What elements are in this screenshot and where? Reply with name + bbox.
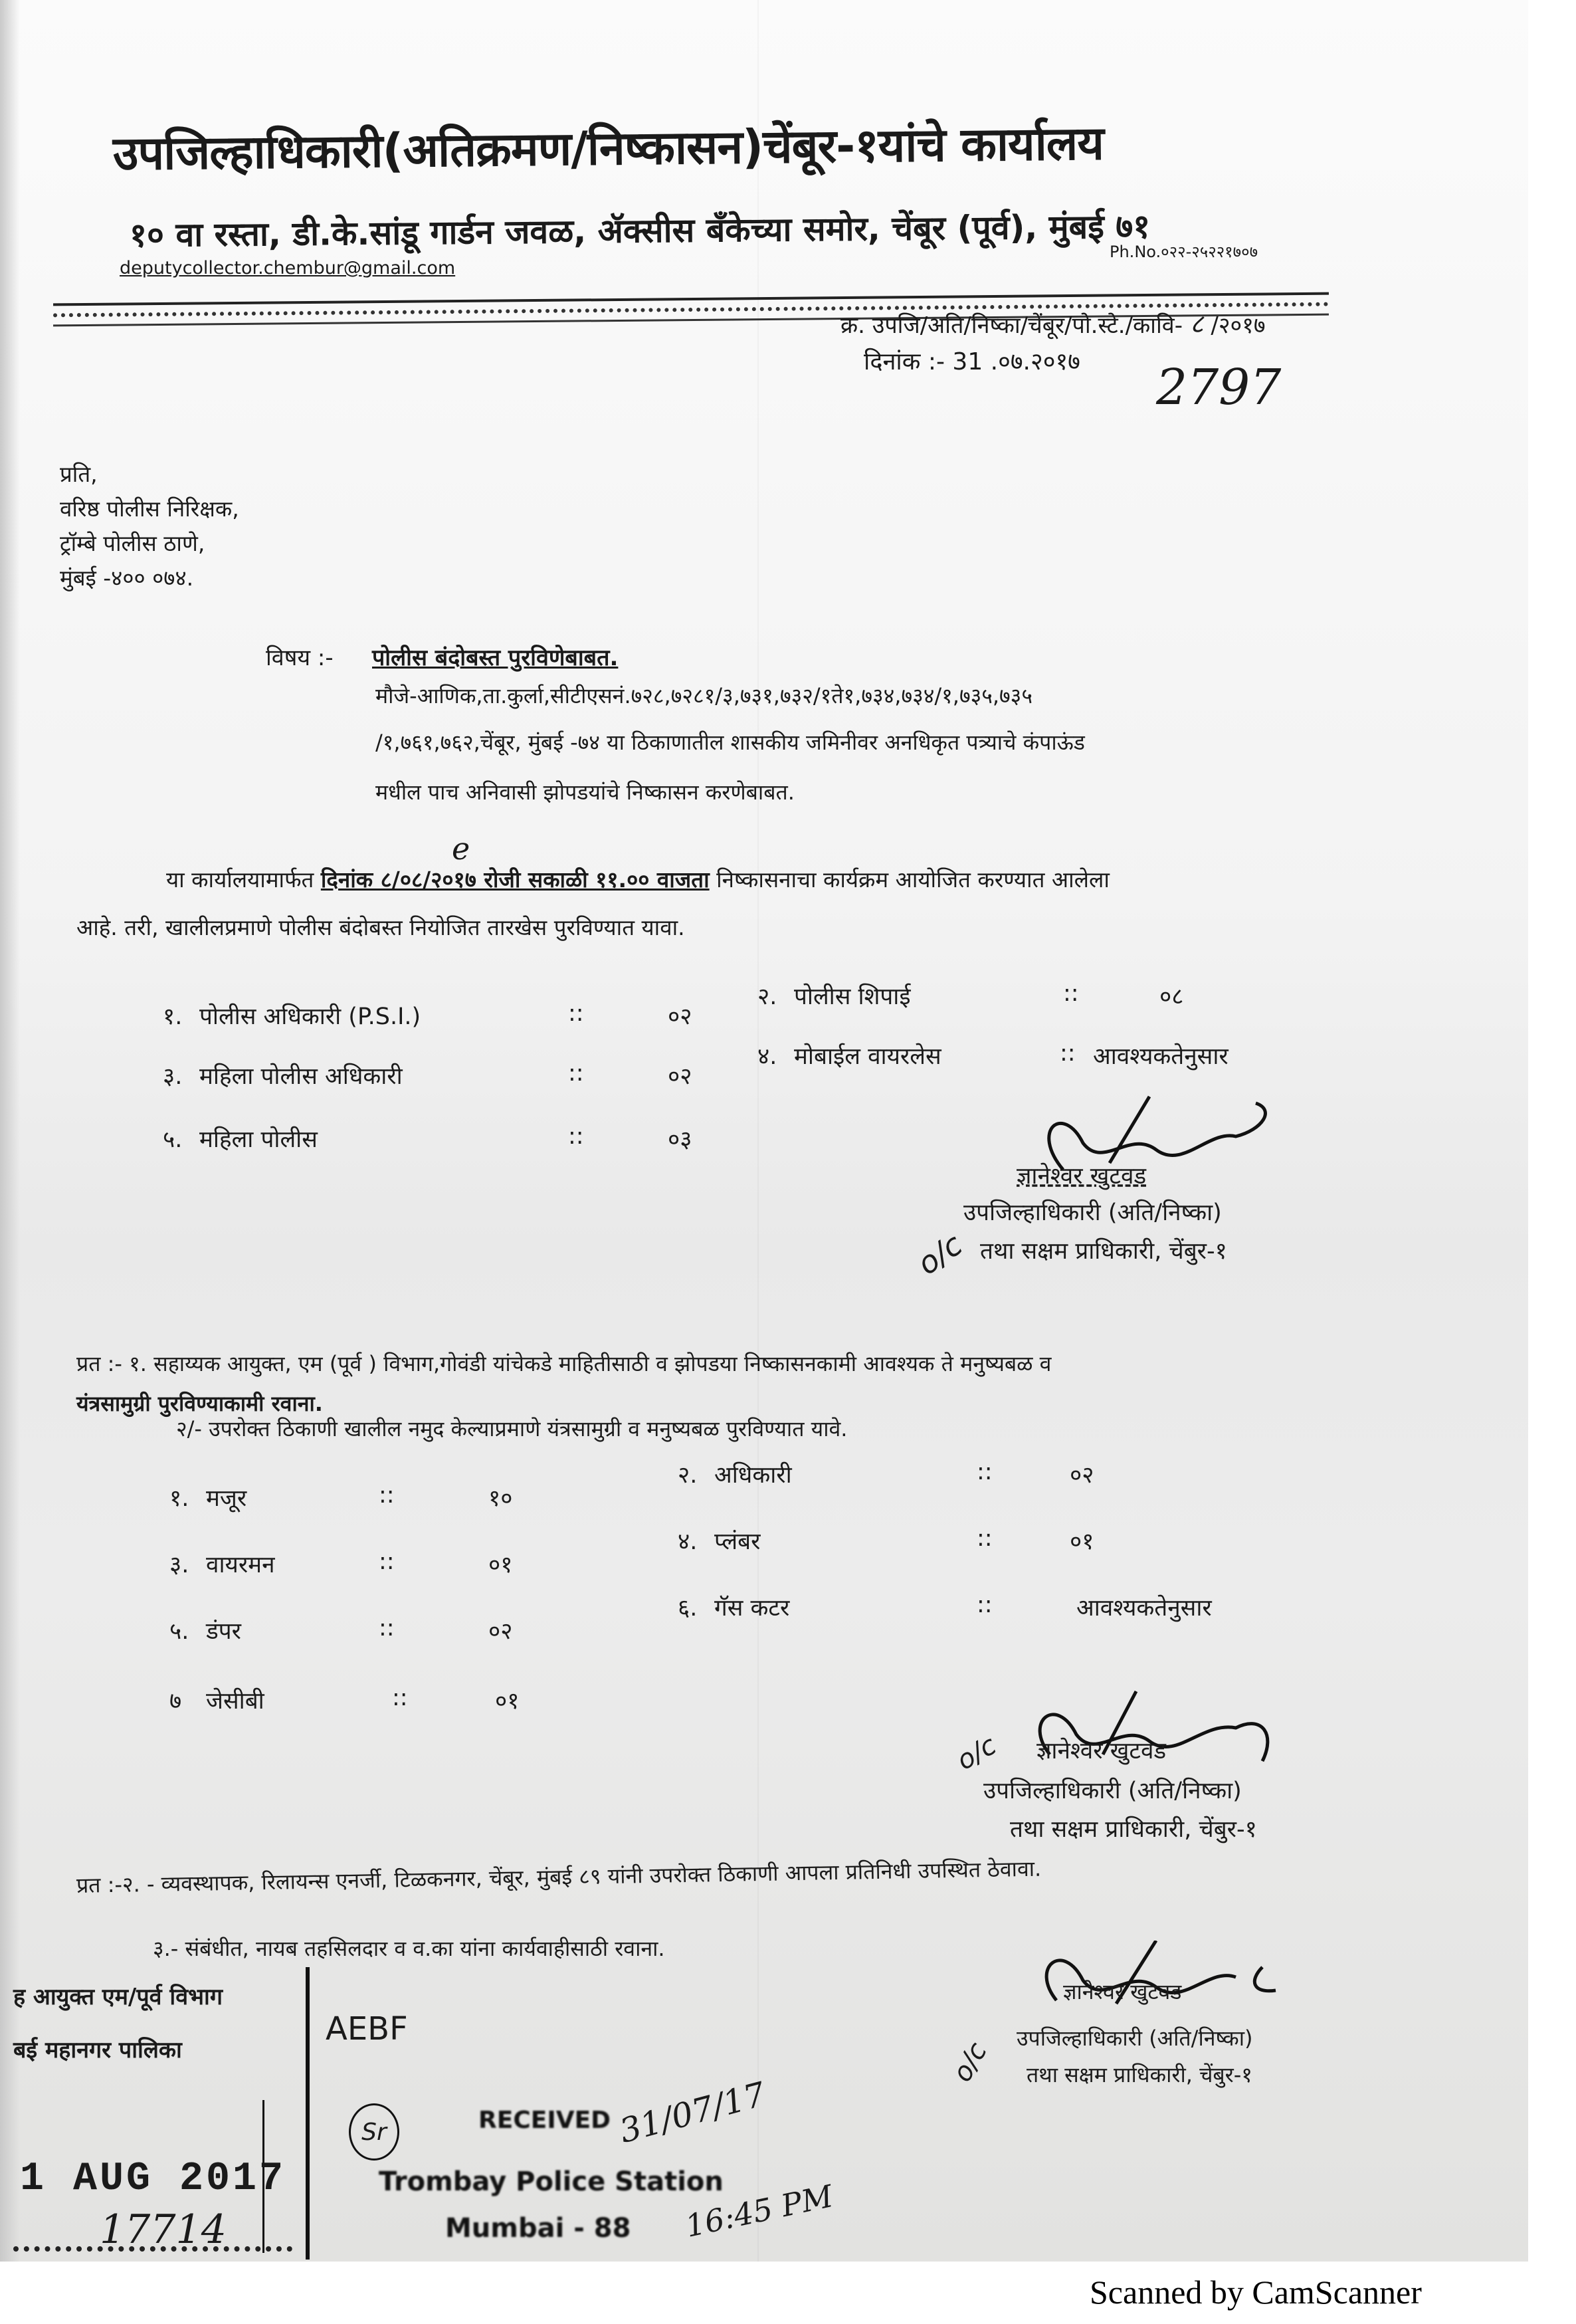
requirement-separator: :: xyxy=(379,1548,395,1575)
reference-number: क्र. उपजि/अति/निष्का/चेंबूर/पो.स्टे./काव… xyxy=(840,304,1266,341)
requirement-quantity: ०२ xyxy=(1070,1459,1094,1490)
received-stamp-line: Mumbai - 88 xyxy=(445,2213,631,2244)
handwritten-initials: AEBF xyxy=(326,2010,408,2048)
office-email: deputycollector.chembur@gmail.com xyxy=(120,258,455,278)
office-phone: Ph.No.०२२-२५२२१७०७ xyxy=(1110,241,1258,263)
requirement-number: ३. xyxy=(169,1548,189,1580)
requirement-number: ७ xyxy=(169,1685,181,1716)
body-text: या कार्यालयामार्फत xyxy=(166,867,314,893)
subject-line: /१,७६१,७६२,चेंबूर, मुंबई -७४ या ठिकाणाती… xyxy=(375,728,1085,756)
requirement-item: महिला पोलीस xyxy=(199,1123,318,1154)
requirement-number: ४. xyxy=(678,1525,697,1556)
office-address: १० वा रस्ता, डी.के.सांडू गार्डन जवळ, ॲक्… xyxy=(130,203,1151,257)
received-date-handwritten: 31/07/17 xyxy=(615,2075,769,2151)
requirement-item: अधिकारी xyxy=(714,1459,792,1490)
requirement-separator: :: xyxy=(379,1615,395,1641)
received-stamp-line: RECEIVED xyxy=(478,2107,611,2134)
requirement-number: ६. xyxy=(678,1592,697,1623)
stamp-inward-number: 17714 xyxy=(100,2206,227,2253)
stamp-date: 1 AUG 2017 xyxy=(20,2157,286,2202)
requirement-number: ५. xyxy=(163,1123,182,1154)
oc-mark: o/c xyxy=(947,2038,993,2087)
copy-line: २/- उपरोक्त ठिकाणी खालील नमुद केल्याप्रम… xyxy=(176,1414,847,1443)
oc-mark: o/c xyxy=(952,1730,1002,1776)
stamp-office-line: बई महानगर पालिका xyxy=(13,2034,182,2064)
requirement-separator: :: xyxy=(977,1592,993,1618)
requirement-item: महिला पोलीस अधिकारी xyxy=(199,1060,403,1091)
requirement-item: गॅस कटर xyxy=(714,1592,789,1623)
body-line: या कार्यालयामार्फत दिनांक ८/०८/२०१७ रोजी… xyxy=(166,864,1110,894)
signatory-designation: उपजिल्हाधिकारी (अति/निष्का) xyxy=(963,1196,1222,1227)
requirement-separator: :: xyxy=(568,1000,584,1027)
requirement-number: २. xyxy=(757,980,777,1011)
signatory-authority: तथा सक्षम प्राधिकारी, चेंबुर-१ xyxy=(1027,2060,1252,2089)
requirement-quantity: आवश्यकतेनुसार xyxy=(1093,1040,1229,1071)
requirement-separator: :: xyxy=(392,1685,408,1711)
requirement-item: पोलीस शिपाई xyxy=(794,980,911,1011)
date-value: 31 .०७.२०१७ xyxy=(952,348,1080,375)
copy-line: ३.- संबंधीत, नायब तहसिलदार व व.का यांना … xyxy=(153,1934,665,1962)
signatory-name: ज्ञानेश्वर खुटवड xyxy=(1036,1735,1166,1766)
copy-line: प्रत :-२. - व्यवस्थापक, रिलायन्स एनर्जी,… xyxy=(76,1854,1042,1899)
requirement-item: जेसीबी xyxy=(206,1685,264,1716)
requirement-item: प्लंबर xyxy=(714,1525,760,1556)
oc-mark: o/c xyxy=(911,1226,969,1282)
requirement-separator: :: xyxy=(568,1123,584,1150)
date-label: दिनांक :- xyxy=(864,348,945,375)
requirement-item: डंपर xyxy=(206,1615,241,1646)
signatory-designation: उपजिल्हाधिकारी (अति/निष्का) xyxy=(1017,2024,1253,2052)
requirement-item: वायरमन xyxy=(206,1548,275,1580)
requirement-quantity: १० xyxy=(488,1482,512,1513)
letter-date: दिनांक :- 31 .०७.२०१७ xyxy=(864,344,1080,377)
requirement-quantity: ०१ xyxy=(488,1548,512,1580)
recipient-line: प्रति, xyxy=(60,459,98,488)
subject-line: मधील पाच अनिवासी झोपडयांचे निष्कासन करणे… xyxy=(375,778,795,806)
requirement-item: मोबाईल वायरलेस xyxy=(794,1040,941,1071)
requirement-separator: :: xyxy=(977,1525,993,1552)
body-text: निष्कासनाचा कार्यक्रम आयोजित करण्यात आले… xyxy=(716,867,1110,893)
signatory-name: ज्ञानेश्वर खुटवड xyxy=(1017,1160,1146,1191)
subject-title: पोलीस बंदोबस्त पुरविणेबाबत. xyxy=(372,641,618,672)
copy-line: यंत्रसामुग्री पुरविण्याकामी रवाना. xyxy=(76,1389,323,1418)
requirement-number: ४. xyxy=(757,1040,777,1071)
signatory-designation: उपजिल्हाधिकारी (अति/निष्का) xyxy=(983,1774,1242,1806)
copy-line: प्रत :- १. सहाय्यक आयुक्त, एम (पूर्व ) व… xyxy=(76,1349,1051,1378)
handwritten-correction: e xyxy=(452,831,470,867)
requirement-quantity: ०२ xyxy=(668,1000,692,1031)
requirement-item: मजूर xyxy=(206,1482,246,1513)
scanned-page: उपजिल्हाधिकारी(अतिक्रमण/निष्कासन)चेंबूर-… xyxy=(0,0,1528,2262)
signatory-name: ज्ञानेश्वर खुटवड xyxy=(1063,1977,1181,2006)
requirement-separator: :: xyxy=(977,1459,993,1485)
requirement-separator: :: xyxy=(1063,980,1079,1007)
requirement-quantity: ०८ xyxy=(1159,980,1183,1011)
recipient-line: वरिष्ठ पोलीस निरिक्षक, xyxy=(60,493,239,523)
requirement-number: ३. xyxy=(163,1060,182,1091)
fold-line xyxy=(757,0,759,2262)
inward-number-handwritten: 2797 xyxy=(1156,359,1281,416)
requirement-number: ५. xyxy=(169,1615,189,1646)
requirement-number: १. xyxy=(163,1000,182,1031)
reference-label: क्र. उपजि/अति/निष्का/चेंबूर/पो.स्टे./काव… xyxy=(840,312,1183,339)
received-stamp-line: Trombay Police Station xyxy=(379,2166,724,2197)
requirement-item: पोलीस अधिकारी (P.S.I.) xyxy=(199,1000,421,1031)
reference-handwritten-number: ८ xyxy=(1190,309,1204,340)
requirement-quantity: आवश्यकतेनुसार xyxy=(1076,1592,1212,1623)
subject-label: विषय :- xyxy=(266,641,334,672)
sp-text: Sr xyxy=(361,2119,387,2146)
recipient-line: मुंबई -४०० ०७४. xyxy=(60,562,193,592)
sp-circle-mark: Sr xyxy=(349,2103,399,2161)
requirement-separator: :: xyxy=(379,1482,395,1509)
requirement-number: २. xyxy=(678,1459,697,1490)
office-title: उपजिल्हाधिकारी(अतिक्रमण/निष्कासन)चेंबूर-… xyxy=(112,109,1104,183)
requirement-quantity: ०३ xyxy=(668,1123,692,1154)
recipient-line: ट्रॉम्बे पोलीस ठाणे, xyxy=(60,528,205,558)
requirement-quantity: ०२ xyxy=(668,1060,692,1091)
requirement-separator: :: xyxy=(568,1060,584,1087)
requirement-separator: :: xyxy=(1060,1040,1076,1067)
body-line: आहे. तरी, खालीलप्रमाणे पोलीस बंदोबस्त नि… xyxy=(76,912,685,942)
requirement-number: १. xyxy=(169,1482,189,1513)
body-date-underlined: दिनांक ८/०८/२०१७ रोजी सकाळी ११.०० वाजता xyxy=(321,867,710,893)
stamp-office-line: ह आयुक्त एम/पूर्व विभाग xyxy=(13,1980,223,2011)
reference-year: /२०१७ xyxy=(1211,312,1265,339)
signatory-authority: तथा सक्षम प्राधिकारी, चेंबुर-१ xyxy=(980,1235,1227,1266)
requirement-quantity: ०१ xyxy=(495,1685,519,1716)
subject-line: मौजे-आणिक,ता.कुर्ला,सीटीएसनं.७२८,७२८१/३,… xyxy=(375,681,1033,710)
requirement-quantity: ०१ xyxy=(1070,1525,1094,1556)
camscanner-watermark: Scanned by CamScanner xyxy=(1090,2273,1422,2311)
signatory-authority: तथा सक्षम प्राधिकारी, चेंबुर-१ xyxy=(1010,1813,1257,1844)
requirement-quantity: ०२ xyxy=(488,1615,512,1646)
